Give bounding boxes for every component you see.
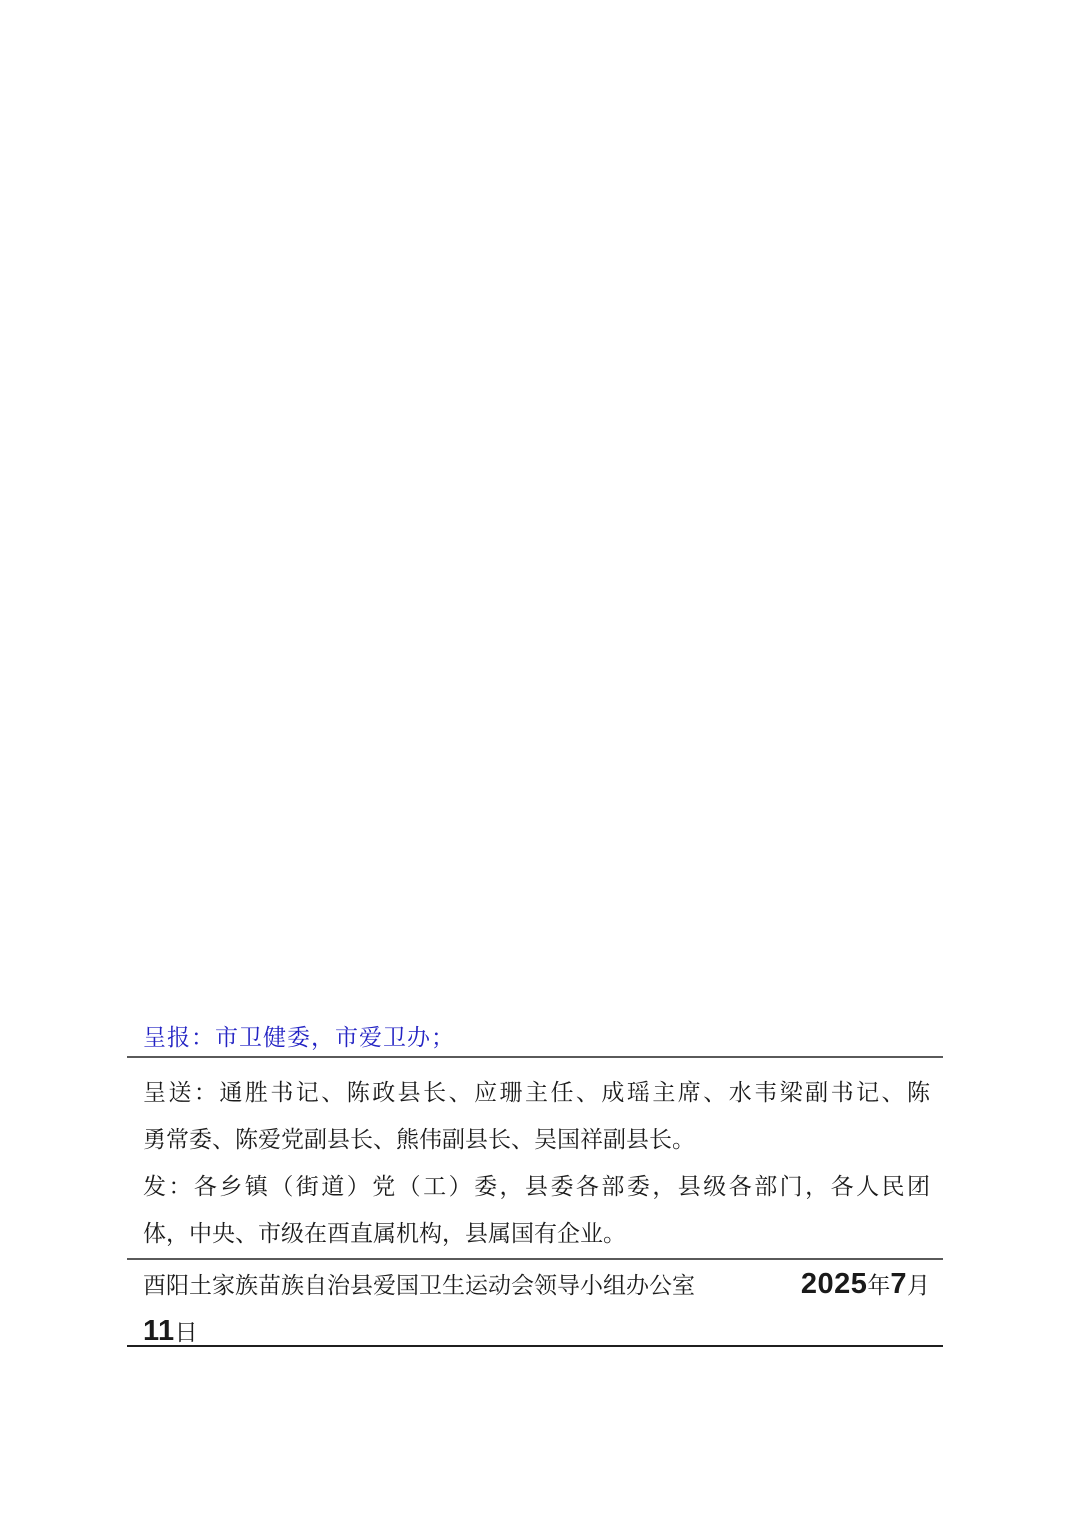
issue-date-month-unit: 月 (907, 1273, 930, 1299)
issuer-name: 酉阳土家族苗族自治县爱国卫生运动会领导小组办公室 (143, 1264, 695, 1309)
signature-row: 酉阳土家族苗族自治县爱国卫生运动会领导小组办公室 2025年7月 (143, 1262, 930, 1309)
issue-date-month: 7 (890, 1268, 907, 1300)
issue-date-year: 2025 (801, 1268, 868, 1300)
document-page: 呈报：市卫健委，市爱卫办； 呈送：通胜书记、陈政县长、应珊主任、成瑶主席、水韦梁… (0, 0, 1075, 1520)
distribution-line-1: 发：各乡镇（街道）党（工）委，县委各部委，县级各部门，各人民团 (143, 1164, 930, 1211)
distribution-line-2: 体，中央、市级在酉直属机构，县属国有企业。 (143, 1211, 930, 1258)
separator-rule-bottom (127, 1345, 943, 1347)
separator-rule-top (127, 1056, 943, 1058)
submit-to-line: 呈报：市卫健委，市爱卫办； (143, 1022, 930, 1054)
signature-block: 酉阳土家族苗族自治县爱国卫生运动会领导小组办公室 2025年7月 11日 (143, 1262, 930, 1356)
issue-date-year-unit: 年 (867, 1273, 890, 1299)
issue-date-day-line: 11日 (143, 1309, 930, 1356)
copy-to-line-2: 勇常委、陈爱党副县长、熊伟副县长、吴国祥副县长。 (143, 1117, 930, 1164)
distribution-paragraph: 发：各乡镇（街道）党（工）委，县委各部委，县级各部门，各人民团 体，中央、市级在… (143, 1164, 930, 1258)
separator-rule-middle (127, 1258, 943, 1260)
issue-date-day: 11 (143, 1315, 175, 1347)
copy-to-paragraph: 呈送：通胜书记、陈政县长、应珊主任、成瑶主席、水韦梁副书记、陈 勇常委、陈爱党副… (143, 1070, 930, 1164)
copy-to-line-1: 呈送：通胜书记、陈政县长、应珊主任、成瑶主席、水韦梁副书记、陈 (143, 1070, 930, 1117)
issue-date-day-unit: 日 (175, 1320, 198, 1346)
issue-date-year-month: 2025年7月 (801, 1262, 930, 1309)
